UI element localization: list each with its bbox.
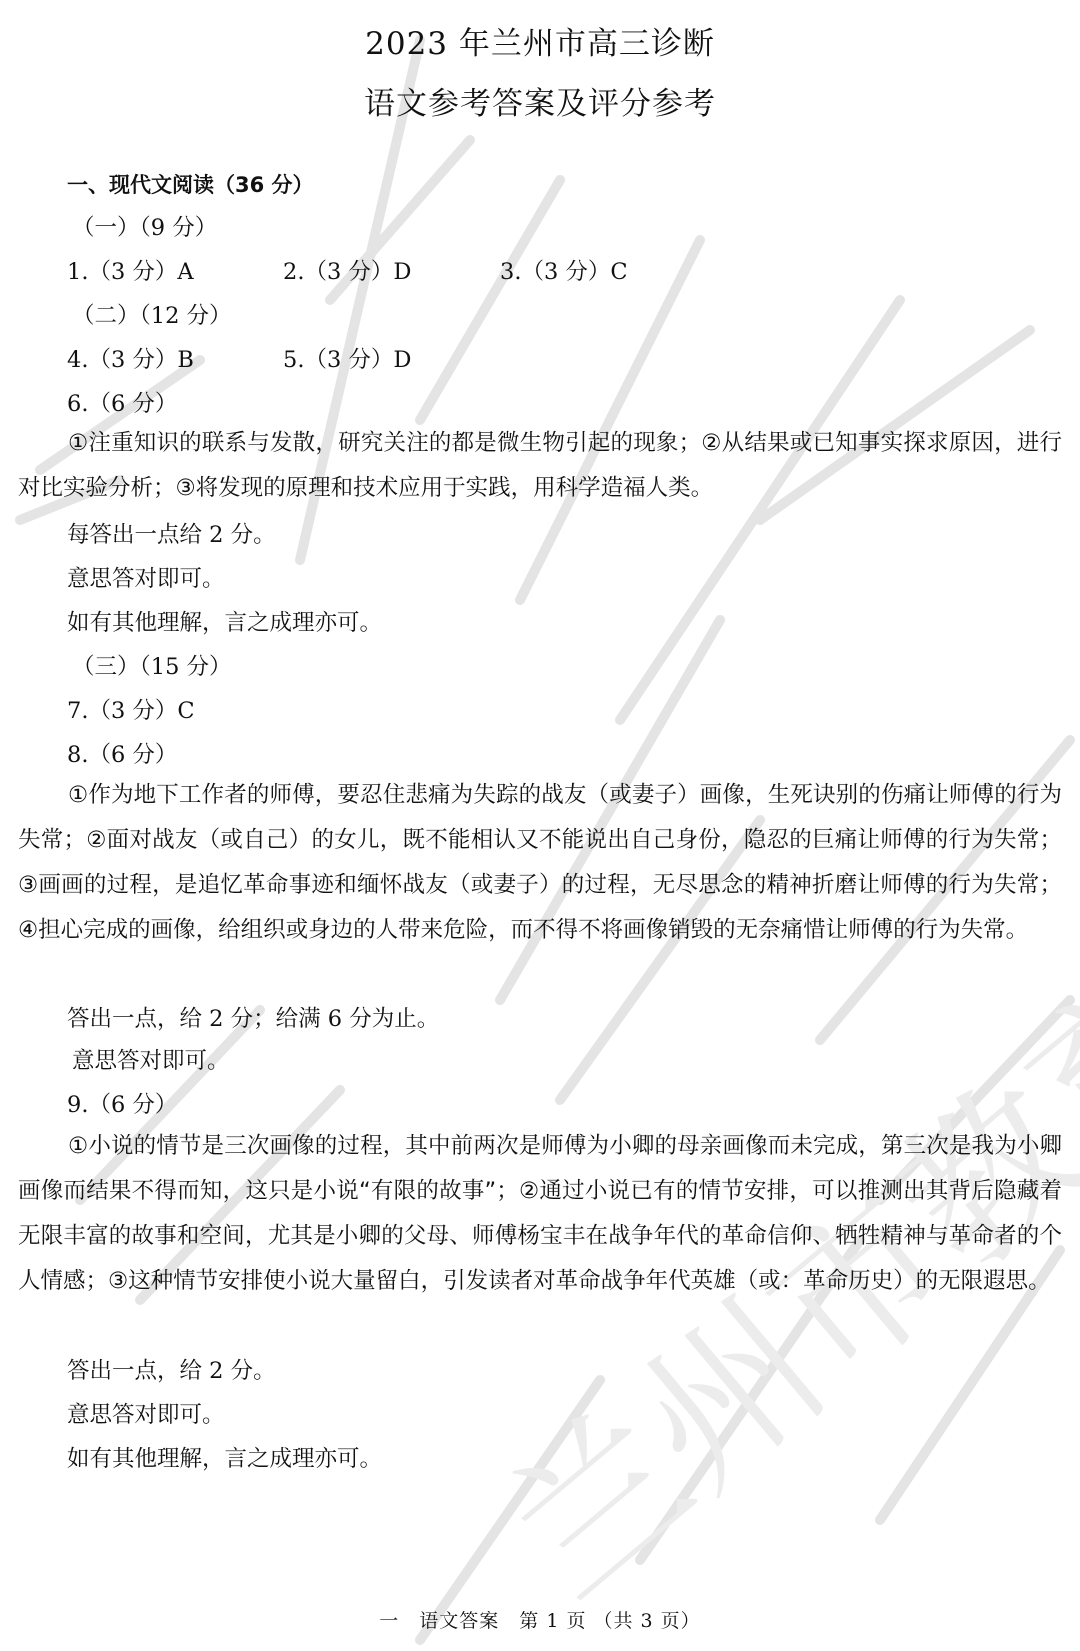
scoring-note: 每答出一点给 2 分。 (67, 520, 276, 550)
answer-2: 2.（3 分）D (283, 257, 411, 287)
part-label: （二）（12 分） (72, 301, 232, 331)
question-8-label: 8.（6 分） (67, 740, 177, 770)
scoring-note: 意思答对即可。 (72, 1046, 230, 1076)
answer-1: 1.（3 分）A (67, 257, 194, 287)
scoring-note: 答出一点，给 2 分；给满 6 分为止。 (67, 1004, 439, 1034)
question-6-answer: ①注重知识的联系与发散，研究关注的都是微生物引起的现象；②从结果或已知事实探求原… (18, 421, 1062, 511)
answer-3: 3.（3 分）C (500, 257, 628, 287)
page-footer: 一 语文答案 第 1 页 （共 3 页） (0, 1606, 1080, 1633)
question-8-answer: ①作为地下工作者的师傅，要忍住悲痛为失踪的战友（或妻子）画像，生死诀别的伤痛让师… (18, 773, 1062, 953)
scoring-note: 答出一点，给 2 分。 (67, 1356, 276, 1386)
scoring-note: 如有其他理解，言之成理亦可。 (67, 1444, 382, 1474)
svg-text:兰州市教育科学研究所: 兰州市教育科学研究所 (472, 391, 1080, 1635)
part-label: （一）（9 分） (72, 213, 217, 243)
section-heading: 一、现代文阅读（36 分） (67, 170, 314, 200)
document-subtitle: 语文参考答案及评分参考 (0, 78, 1080, 123)
scoring-note: 如有其他理解，言之成理亦可。 (67, 608, 382, 638)
scoring-note: 意思答对即可。 (67, 564, 225, 594)
part-label: （三）（15 分） (72, 652, 232, 682)
answer-7: 7.（3 分）C (67, 696, 195, 726)
answer-5: 5.（3 分）D (283, 345, 411, 375)
document-title: 2023 年兰州市高三诊断 (0, 18, 1080, 63)
question-9-label: 9.（6 分） (67, 1090, 177, 1120)
scoring-note: 意思答对即可。 (67, 1400, 225, 1430)
question-9-answer: ①小说的情节是三次画像的过程，其中前两次是师傅为小卿的母亲画像而未完成，第三次是… (18, 1124, 1062, 1304)
question-6-label: 6.（6 分） (67, 389, 177, 419)
answer-4: 4.（3 分）B (67, 345, 194, 375)
